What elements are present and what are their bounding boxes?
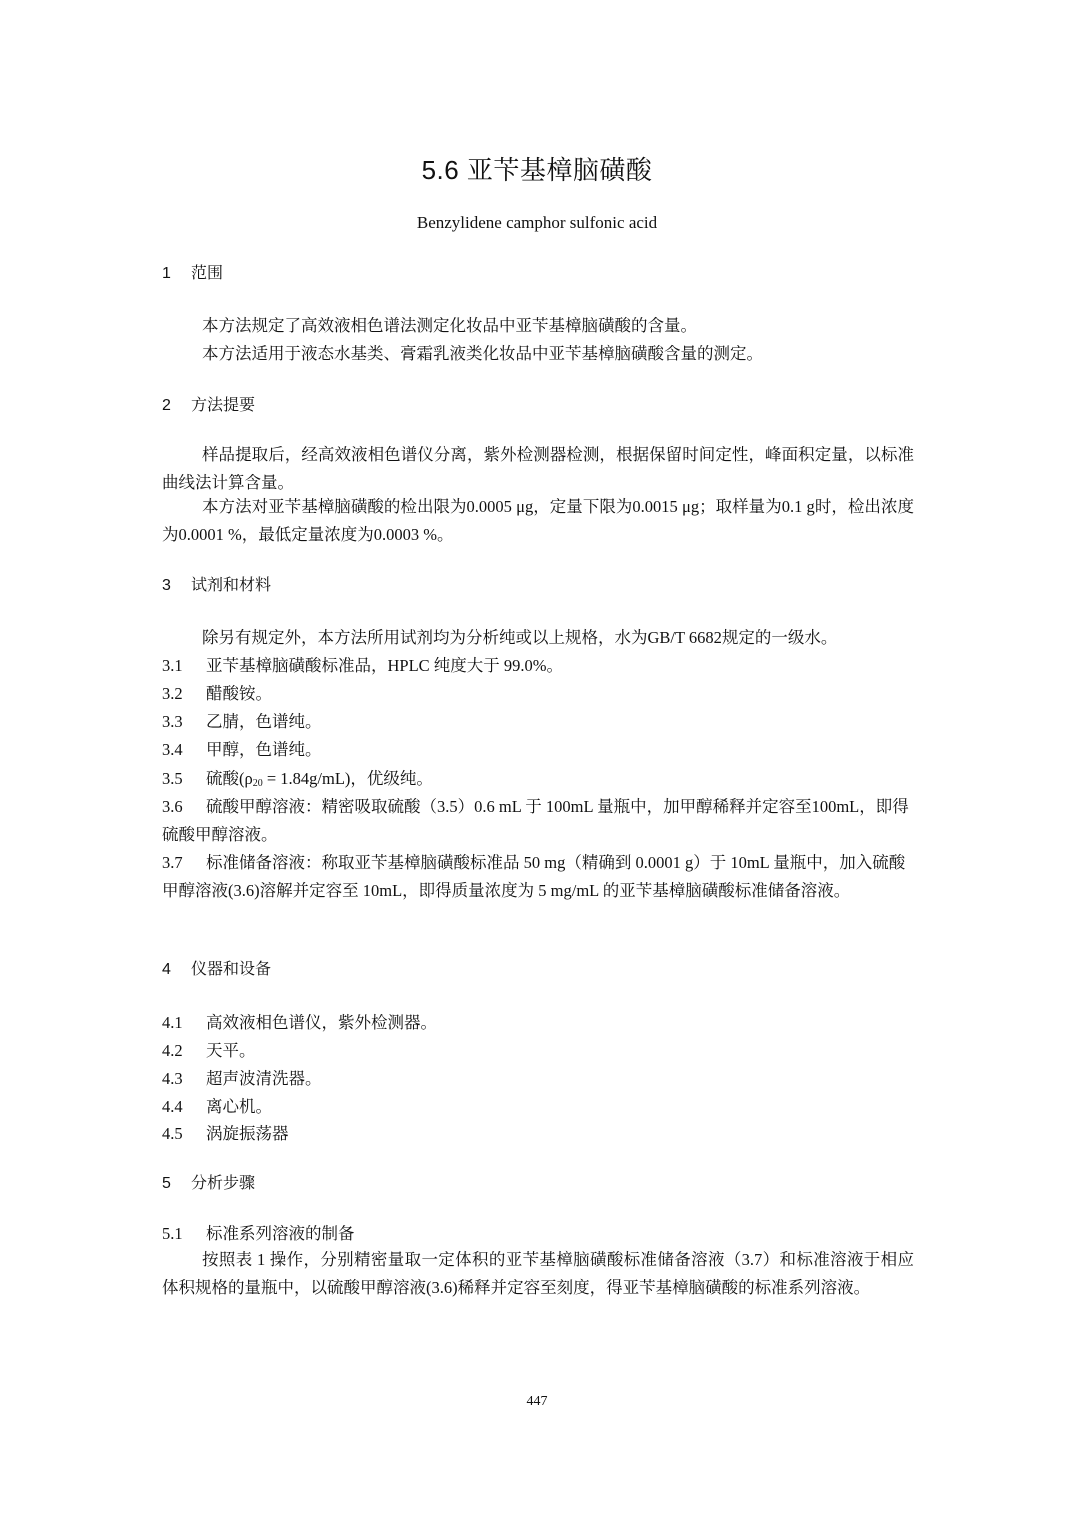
list-item: 3.7标准储备溶液：称取亚苄基樟脑磺酸标准品 50 mg（精确到 0.0001 …: [162, 849, 914, 905]
item-number: 4.5: [162, 1120, 206, 1148]
item-number: 3.3: [162, 708, 206, 736]
item-text: 乙腈，色谱纯。: [206, 712, 322, 731]
list-item: 5.1标准系列溶液的制备: [162, 1220, 914, 1248]
item-number: 4.2: [162, 1037, 206, 1065]
item-number: 3.4: [162, 736, 206, 764]
item-number: 3.5: [162, 765, 206, 793]
document-page: 5.6 亚苄基樟脑磺酸 Benzylidene camphor sulfonic…: [0, 0, 1074, 1520]
item-text: 硫酸甲醇溶液：精密吸取硫酸（3.5）0.6 mL 于 100mL 量瓶中，加甲醇…: [162, 797, 909, 844]
page-subtitle: Benzylidene camphor sulfonic acid: [0, 211, 1074, 235]
paragraph: 本方法规定了高效液相色谱法测定化妆品中亚苄基樟脑磺酸的含量。: [162, 312, 914, 340]
section-title: 仪器和设备: [191, 961, 271, 978]
item-text: 离心机。: [206, 1097, 272, 1116]
paragraph: 本方法适用于液态水基类、膏霜乳液类化妆品中亚苄基樟脑磺酸含量的测定。: [162, 340, 914, 368]
list-item: 3.2醋酸铵。: [162, 680, 914, 708]
item-number: 3.7: [162, 849, 206, 877]
item-text: = 1.84g/mL)，优级纯。: [263, 769, 433, 788]
section-number: 4: [162, 958, 191, 982]
item-number: 4.1: [162, 1009, 206, 1037]
list-item: 4.1高效液相色谱仪，紫外检测器。: [162, 1009, 914, 1037]
item-text: 涡旋振荡器: [206, 1124, 289, 1143]
list-item: 3.1亚苄基樟脑磺酸标准品，HPLC 纯度大于 99.0%。: [162, 652, 914, 680]
list-item: 4.3超声波清洗器。: [162, 1065, 914, 1093]
item-text: 醋酸铵。: [206, 684, 272, 703]
list-item: 4.4离心机。: [162, 1093, 914, 1121]
section-number: 1: [162, 262, 191, 286]
subscript: 20: [253, 778, 263, 789]
item-number: 3.6: [162, 793, 206, 821]
item-text: 甲醇，色谱纯。: [206, 740, 322, 759]
item-text: 标准储备溶液：称取亚苄基樟脑磺酸标准品 50 mg（精确到 0.0001 g）于…: [162, 853, 905, 900]
item-text: 标准系列溶液的制备: [206, 1224, 355, 1243]
item-number: 3.2: [162, 680, 206, 708]
section-heading-3: 3试剂和材料: [162, 574, 271, 598]
section-title: 方法提要: [191, 397, 255, 414]
section-title: 范围: [191, 265, 223, 282]
page-title: 5.6 亚苄基樟脑磺酸: [0, 150, 1074, 190]
item-number: 3.1: [162, 652, 206, 680]
section-heading-2: 2方法提要: [162, 394, 255, 418]
item-text: 天平。: [206, 1041, 256, 1060]
section-number: 3: [162, 574, 191, 598]
list-item: 3.3乙腈，色谱纯。: [162, 708, 914, 736]
section-heading-1: 1范围: [162, 262, 223, 286]
list-item: 4.2天平。: [162, 1037, 914, 1065]
section-number: 2: [162, 394, 191, 418]
item-text: 超声波清洗器。: [206, 1069, 322, 1088]
paragraph: 除另有规定外，本方法所用试剂均为分析纯或以上规格，水为GB/T 6682规定的一…: [162, 624, 914, 652]
item-number: 5.1: [162, 1220, 206, 1248]
section-title: 分析步骤: [191, 1175, 255, 1192]
section-heading-5: 5分析步骤: [162, 1172, 255, 1196]
item-text: 硫酸(ρ: [206, 769, 253, 788]
section-title: 试剂和材料: [191, 577, 271, 594]
paragraph: 样品提取后，经高效液相色谱仪分离，紫外检测器检测，根据保留时间定性，峰面积定量，…: [162, 441, 914, 497]
item-text: 高效液相色谱仪，紫外检测器。: [206, 1013, 437, 1032]
item-number: 4.3: [162, 1065, 206, 1093]
item-text: 亚苄基樟脑磺酸标准品，HPLC 纯度大于 99.0%。: [206, 656, 563, 675]
item-number: 4.4: [162, 1093, 206, 1121]
list-item: 3.4甲醇，色谱纯。: [162, 736, 914, 764]
page-number: 447: [0, 1392, 1074, 1412]
section-number: 5: [162, 1172, 191, 1196]
list-item: 4.5涡旋振荡器: [162, 1120, 914, 1148]
paragraph: 按照表 1 操作，分别精密量取一定体积的亚苄基樟脑磺酸标准储备溶液（3.7）和标…: [162, 1246, 914, 1302]
list-item: 3.6硫酸甲醇溶液：精密吸取硫酸（3.5）0.6 mL 于 100mL 量瓶中，…: [162, 793, 914, 849]
paragraph: 本方法对亚苄基樟脑磺酸的检出限为0.0005 μg，定量下限为0.0015 μg…: [162, 493, 914, 549]
section-heading-4: 4仪器和设备: [162, 958, 271, 982]
